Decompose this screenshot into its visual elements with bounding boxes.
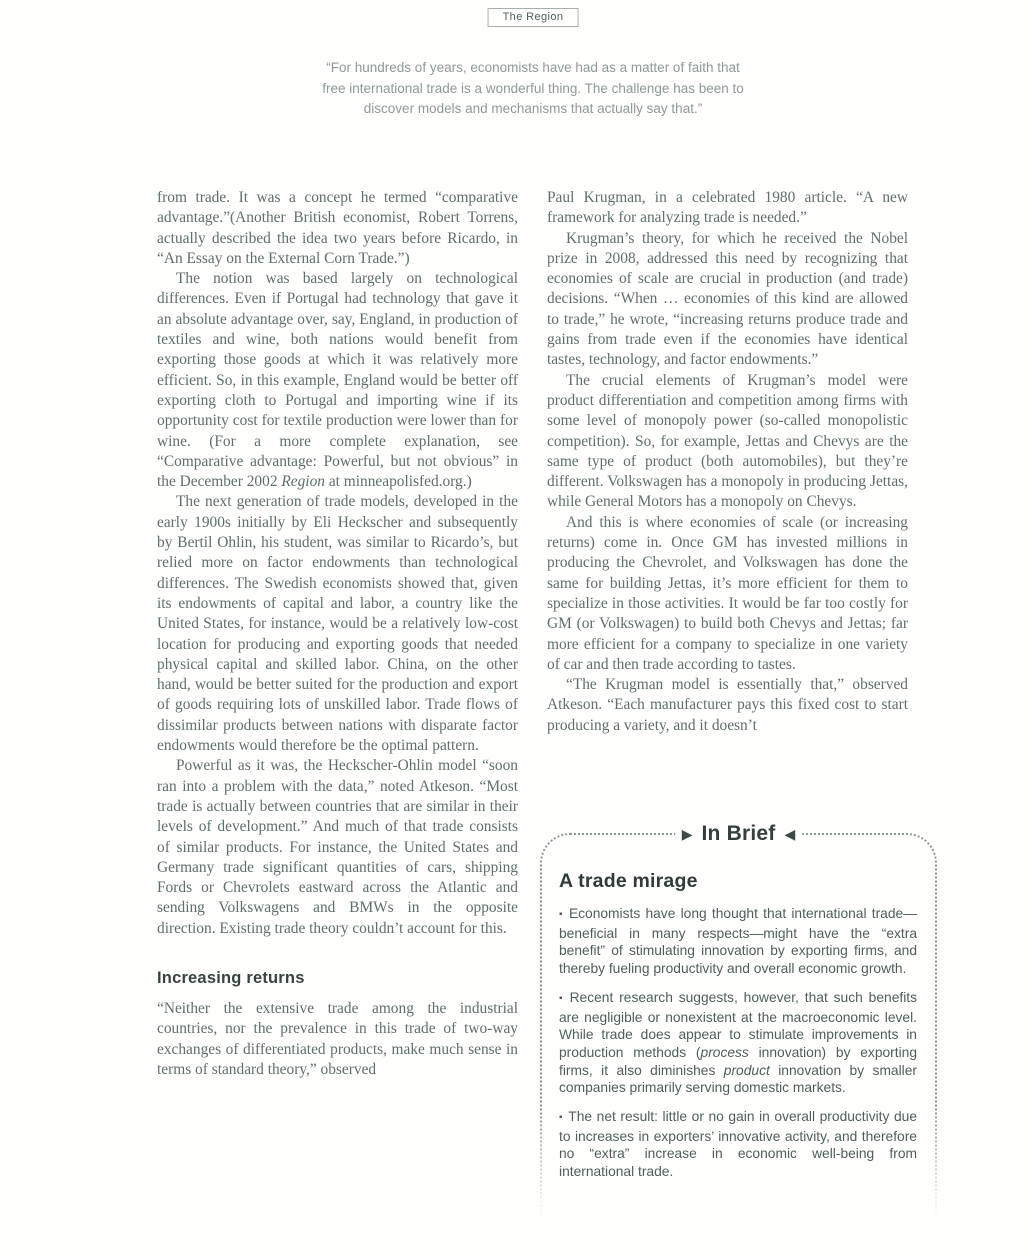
- square-bullet-icon: ▪: [559, 1112, 563, 1123]
- article-paragraph: The notion was based largely on technolo…: [157, 269, 518, 492]
- section-subheading: Increasing returns: [157, 969, 518, 988]
- pull-quote-line: “For hundreds of years, economists have …: [283, 58, 783, 79]
- in-brief-label: In Brief: [702, 822, 776, 846]
- in-brief-bullet: ▪Recent research suggests, however, that…: [559, 989, 917, 1097]
- square-bullet-icon: ▪: [559, 909, 564, 920]
- pull-quote: “For hundreds of years, economists have …: [283, 58, 783, 120]
- in-brief-bullet: ▪The net result: little or no gain in ov…: [559, 1108, 917, 1181]
- square-bullet-icon: ▪: [559, 993, 565, 1004]
- bullet-text: The net result: little or no gain in ove…: [559, 1109, 917, 1179]
- article-paragraph: “The Krugman model is essentially that,”…: [547, 675, 908, 736]
- article-paragraph: “Neither the extensive trade among the i…: [157, 999, 518, 1080]
- pull-quote-line: free international trade is a wonderful …: [283, 79, 783, 100]
- article-paragraph: The next generation of trade models, dev…: [157, 492, 518, 756]
- article-paragraph: And this is where economies of scale (or…: [547, 513, 908, 675]
- in-brief-bullet: ▪Economists have long thought that inter…: [559, 905, 917, 978]
- publication-masthead-box: The Region: [488, 8, 579, 27]
- pull-quote-line: discover models and mechanisms that actu…: [283, 99, 783, 120]
- magazine-page: The Region “For hundreds of years, econo…: [0, 0, 1032, 1256]
- article-paragraph: from trade. It was a concept he termed “…: [157, 188, 518, 269]
- left-column: from trade. It was a concept he termed “…: [157, 188, 518, 1080]
- in-brief-title: A trade mirage: [559, 870, 917, 893]
- article-paragraph: Paul Krugman, in a celebrated 1980 artic…: [547, 188, 908, 229]
- right-triangle-icon: ▶: [682, 827, 693, 841]
- bullet-text: Economists have long thought that intern…: [559, 906, 917, 976]
- article-paragraph: Powerful as it was, the Heckscher-Ohlin …: [157, 756, 518, 939]
- article-paragraph: Krugman’s theory, for which he received …: [547, 229, 908, 371]
- bullet-text: Recent research suggests, however, that …: [559, 990, 917, 1096]
- publication-name: The Region: [503, 11, 564, 23]
- left-triangle-icon: ◀: [784, 827, 795, 841]
- in-brief-header: ▶ In Brief ◀: [675, 820, 803, 848]
- in-brief-content: A trade mirage ▪Economists have long tho…: [559, 858, 917, 1192]
- in-brief-sidebar: ▶ In Brief ◀ A trade mirage ▪Economists …: [540, 820, 937, 1236]
- article-paragraph: The crucial elements of Krugman’s model …: [547, 371, 908, 513]
